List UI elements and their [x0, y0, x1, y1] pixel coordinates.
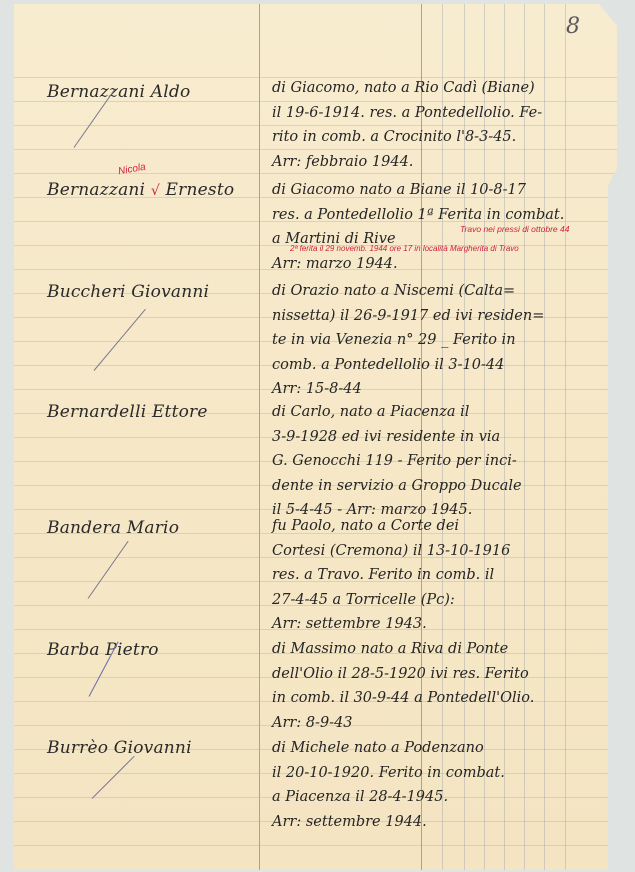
entry-name: Bernazzani Aldo [47, 82, 190, 102]
pencil-mark [94, 309, 146, 371]
detail-line: di Michele nato a Podenzano [272, 736, 612, 761]
detail-line: dente in servizio a Groppo Ducale [272, 474, 612, 499]
red-note-1: Travo nei pressi di ottobre 44 [460, 224, 569, 234]
detail-line: di Orazio nato a Niscemi (Calta= [272, 279, 612, 304]
detail-line: res. a Travo. Ferito in comb. il [272, 563, 612, 588]
page-number: 8 [566, 14, 580, 39]
entry-name: Bernazzani √ Ernesto [47, 180, 234, 200]
margin-line [259, 4, 260, 870]
red-note-2: 2ª ferita il 29 novemb. 1944 ore 17 in l… [290, 244, 519, 253]
red-name-insert: Nicola [117, 162, 146, 178]
entry-name: Barba Pietro [47, 640, 159, 660]
entry-details: di Orazio nato a Niscemi (Calta= nissett… [272, 279, 612, 402]
detail-line: fu Paolo, nato a Corte dei [272, 514, 612, 539]
detail-line: 3-9-1928 ed ivi residente in via [272, 425, 612, 450]
detail-line: te in via Venezia n° 29 _ Ferito in [272, 328, 612, 353]
detail-line: Arr: settembre 1944. [272, 810, 612, 835]
detail-line: dell'Olio il 28-5-1920 ivi res. Ferito [272, 662, 612, 687]
detail-line: G. Genocchi 119 - Ferito per inci- [272, 449, 612, 474]
ledger-page: 8 Bernazzani Aldo di Giacomo, nato a Rio… [14, 4, 617, 870]
pencil-mark [88, 541, 129, 599]
entry-details: di Michele nato a Podenzano il 20-10-192… [272, 736, 612, 834]
detail-line: Arr: 8-9-43 [272, 711, 612, 736]
entry-name: Burrèo Giovanni [47, 738, 192, 758]
rule-line [14, 845, 617, 846]
detail-line: in comb. il 30-9-44 a Pontedell'Olio. [272, 686, 612, 711]
detail-line: comb. a Pontedellolio il 3-10-44 [272, 353, 612, 378]
detail-line: rito in comb. a Crocinito l'8-3-45. [272, 125, 612, 150]
entry-details: di Massimo nato a Riva di Ponte dell'Oli… [272, 637, 612, 735]
detail-line: di Giacomo nato a Biane il 10-8-17 [272, 178, 612, 203]
detail-line: di Massimo nato a Riva di Ponte [272, 637, 612, 662]
detail-line: 27-4-45 a Torricelle (Pc): [272, 588, 612, 613]
detail-line: di Giacomo, nato a Rio Cadì (Biane) [272, 76, 612, 101]
detail-line: Cortesi (Cremona) il 13-10-1916 [272, 539, 612, 564]
detail-line: nissetta) il 26-9-1917 ed ivi residen= [272, 304, 612, 329]
caret-insert-icon: √ [151, 183, 160, 199]
entry-name-surname: Bernazzani [47, 180, 145, 200]
detail-line: Arr: febbraio 1944. [272, 150, 612, 175]
entry-name-given: Ernesto [166, 180, 235, 200]
entry-details: di Giacomo, nato a Rio Cadì (Biane) il 1… [272, 76, 612, 174]
detail-line: Arr: 15-8-44 [272, 377, 612, 402]
detail-line: Arr: marzo 1944. [272, 252, 612, 277]
entry-name: Buccheri Giovanni [47, 282, 209, 302]
entry-details: fu Paolo, nato a Corte dei Cortesi (Crem… [272, 514, 612, 637]
entry-name: Bernardelli Ettore [47, 402, 208, 422]
entry-details: di Carlo, nato a Piacenza il 3-9-1928 ed… [272, 400, 612, 523]
detail-line: Arr: settembre 1943. [272, 612, 612, 637]
detail-line: a Piacenza il 28-4-1945. [272, 785, 612, 810]
pencil-mark [92, 756, 135, 799]
entry-name: Bandera Mario [47, 518, 179, 538]
detail-line: di Carlo, nato a Piacenza il [272, 400, 612, 425]
detail-line: il 19-6-1914. res. a Pontedellolio. Fe- [272, 101, 612, 126]
detail-line: il 20-10-1920. Ferito in combat. [272, 761, 612, 786]
